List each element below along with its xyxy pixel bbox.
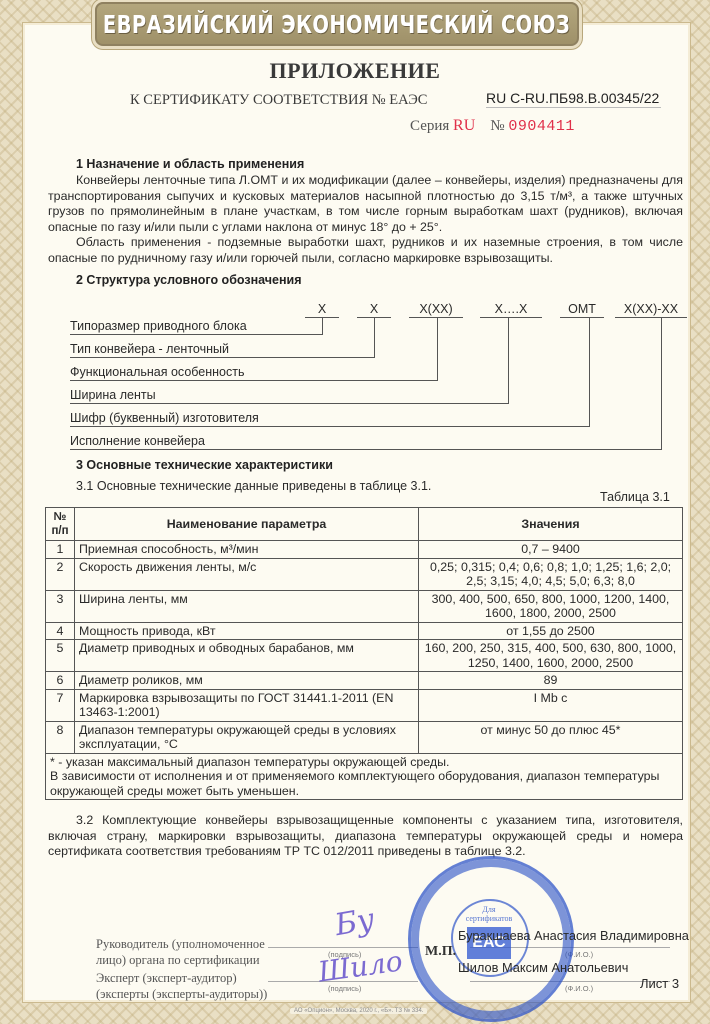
code-3: X(XX) (409, 302, 463, 318)
row-number: 3 (46, 590, 75, 622)
section-1-para-1: Конвейеры ленточные типа Л.ОМТ и их моди… (48, 173, 683, 235)
row-value: I Mb c (419, 689, 683, 721)
note-1: * - указан максимальный диапазон темпера… (50, 755, 678, 770)
row-parameter: Диаметр роликов, мм (75, 672, 419, 690)
table-note: * - указан максимальный диапазон темпера… (46, 753, 683, 800)
printer-imprint: АО «Опцион», Москва, 2020 г., «Б». ТЗ № … (290, 1008, 427, 1014)
union-banner: ЕВРАЗИЙСКИЙ ЭКОНОМИЧЕСКИЙ СОЮЗ (95, 2, 579, 46)
row-number: 4 (46, 622, 75, 640)
table-row: 1Приемная способность, м³/мин0,7 – 9400 (46, 541, 683, 559)
col-number: № п/п (46, 508, 75, 541)
row-value: 0,25; 0,315; 0,4; 0,6; 0,8; 1,0; 1,25; 1… (419, 558, 683, 590)
label-conveyor-type: Тип конвейера - ленточный (70, 342, 375, 358)
certificate-number: RU C-RU.ПБ98.В.00345/22 (486, 90, 661, 108)
row-value: 89 (419, 672, 683, 690)
note-2: В зависимости от исполнения и от применя… (50, 769, 678, 798)
code-2: X (357, 302, 391, 318)
head-name: Буракшаева Анастасия Владимировна (458, 928, 689, 943)
row-value: 300, 400, 500, 650, 800, 1000, 1200, 140… (419, 590, 683, 622)
col-values: Значения (419, 508, 683, 541)
table-row: 5Диаметр приводных и обводных барабанов,… (46, 640, 683, 672)
head-label-line-1: Руководитель (уполномоченное (96, 936, 265, 952)
expert-label: Эксперт (эксперт-аудитор) (эксперты (экс… (96, 970, 267, 1002)
certificate-subtitle: К СЕРТИФИКАТУ СООТВЕТСТВИЯ № ЕАЭС (130, 92, 427, 109)
head-label-line-2: лицо) органа по сертификации (96, 952, 265, 968)
expert-label-line-1: Эксперт (эксперт-аудитор) (96, 970, 267, 986)
row-parameter: Диапазон температуры окружающей среды в … (75, 721, 419, 753)
row-parameter: Скорость движения ленты, м/с (75, 558, 419, 590)
label-manufacturer-code: Шифр (буквенный) изготовителя (70, 411, 589, 427)
section-3-heading: 3 Основные технические характеристики (76, 458, 333, 472)
head-label: Руководитель (уполномоченное лицо) орган… (96, 936, 265, 968)
number-value: 0904411 (508, 118, 575, 135)
series-value: RU (453, 117, 475, 134)
row-number: 2 (46, 558, 75, 590)
label-conveyor-version: Исполнение конвейера (70, 434, 661, 450)
row-parameter: Приемная способность, м³/мин (75, 541, 419, 559)
series-line: Серия RU № 0904411 (410, 117, 575, 135)
connector-line (437, 317, 438, 381)
row-number: 8 (46, 721, 75, 753)
table-row: 6Диаметр роликов, мм89 (46, 672, 683, 690)
row-value: 160, 200, 250, 315, 400, 500, 630, 800, … (419, 640, 683, 672)
code-5: ОМТ (560, 302, 604, 318)
tech-data-table: № п/п Наименование параметра Значения 1П… (45, 507, 683, 800)
connector-line (661, 317, 662, 450)
sheet-number: Лист 3 (640, 976, 679, 991)
row-value: от минус 50 до плюс 45* (419, 721, 683, 753)
label-belt-width: Ширина ленты (70, 388, 508, 404)
expert-name: Шилов Максим Анатольевич (458, 960, 628, 975)
table-header-row: № п/п Наименование параметра Значения (46, 508, 683, 541)
table-note-row: * - указан максимальный диапазон темпера… (46, 753, 683, 800)
section-3-intro: 3.1 Основные технические данные приведен… (76, 479, 431, 493)
row-number: 6 (46, 672, 75, 690)
connector-line (374, 317, 375, 358)
stamp-text: Для сертификатов (459, 905, 519, 923)
row-parameter: Ширина ленты, мм (75, 590, 419, 622)
table-caption: Таблица 3.1 (600, 490, 670, 504)
row-parameter: Мощность привода, кВт (75, 622, 419, 640)
row-number: 5 (46, 640, 75, 672)
code-6: X(XX)-XX (615, 302, 687, 318)
section-1-heading: 1 Назначение и область применения (76, 157, 304, 171)
label-functional-feature: Функциональная особенность (70, 365, 437, 381)
seal-place-label: М.П. (425, 944, 456, 960)
page-title: ПРИЛОЖЕНИЕ (0, 58, 710, 84)
label-drive-size: Типоразмер приводного блока (70, 319, 322, 335)
section-2-heading: 2 Структура условного обозначения (76, 273, 302, 287)
row-value: от 1,55 до 2500 (419, 622, 683, 640)
number-label: № (490, 118, 504, 134)
connector-line (508, 317, 509, 404)
head-signature: Бу (332, 902, 377, 943)
row-parameter: Диаметр приводных и обводных барабанов, … (75, 640, 419, 672)
row-number: 1 (46, 541, 75, 559)
table-row: 3Ширина ленты, мм300, 400, 500, 650, 800… (46, 590, 683, 622)
col-parameter: Наименование параметра (75, 508, 419, 541)
table-row: 2Скорость движения ленты, м/с0,25; 0,315… (46, 558, 683, 590)
row-number: 7 (46, 689, 75, 721)
section-3-2-para: 3.2 Комплектующие конвейеры взрывозащище… (48, 813, 683, 860)
code-1: X (305, 302, 339, 318)
expert-label-line-2: (эксперты (эксперты-аудиторы)) (96, 986, 267, 1002)
section-1-para-2: Область применения - подземные выработки… (48, 235, 683, 266)
fio-hint: (Ф.И.О.) (565, 984, 593, 993)
banner-text: ЕВРАЗИЙСКИЙ ЭКОНОМИЧЕСКИЙ СОЮЗ (103, 10, 570, 39)
series-label: Серия (410, 118, 449, 134)
table-row: 7Маркировка взрывозащиты по ГОСТ 31441.1… (46, 689, 683, 721)
table-row: 4Мощность привода, кВтот 1,55 до 2500 (46, 622, 683, 640)
connector-line (589, 317, 590, 427)
code-4: X….X (480, 302, 542, 318)
row-parameter: Маркировка взрывозащиты по ГОСТ 31441.1-… (75, 689, 419, 721)
table-row: 8Диапазон температуры окружающей среды в… (46, 721, 683, 753)
row-value: 0,7 – 9400 (419, 541, 683, 559)
connector-line (322, 317, 323, 335)
